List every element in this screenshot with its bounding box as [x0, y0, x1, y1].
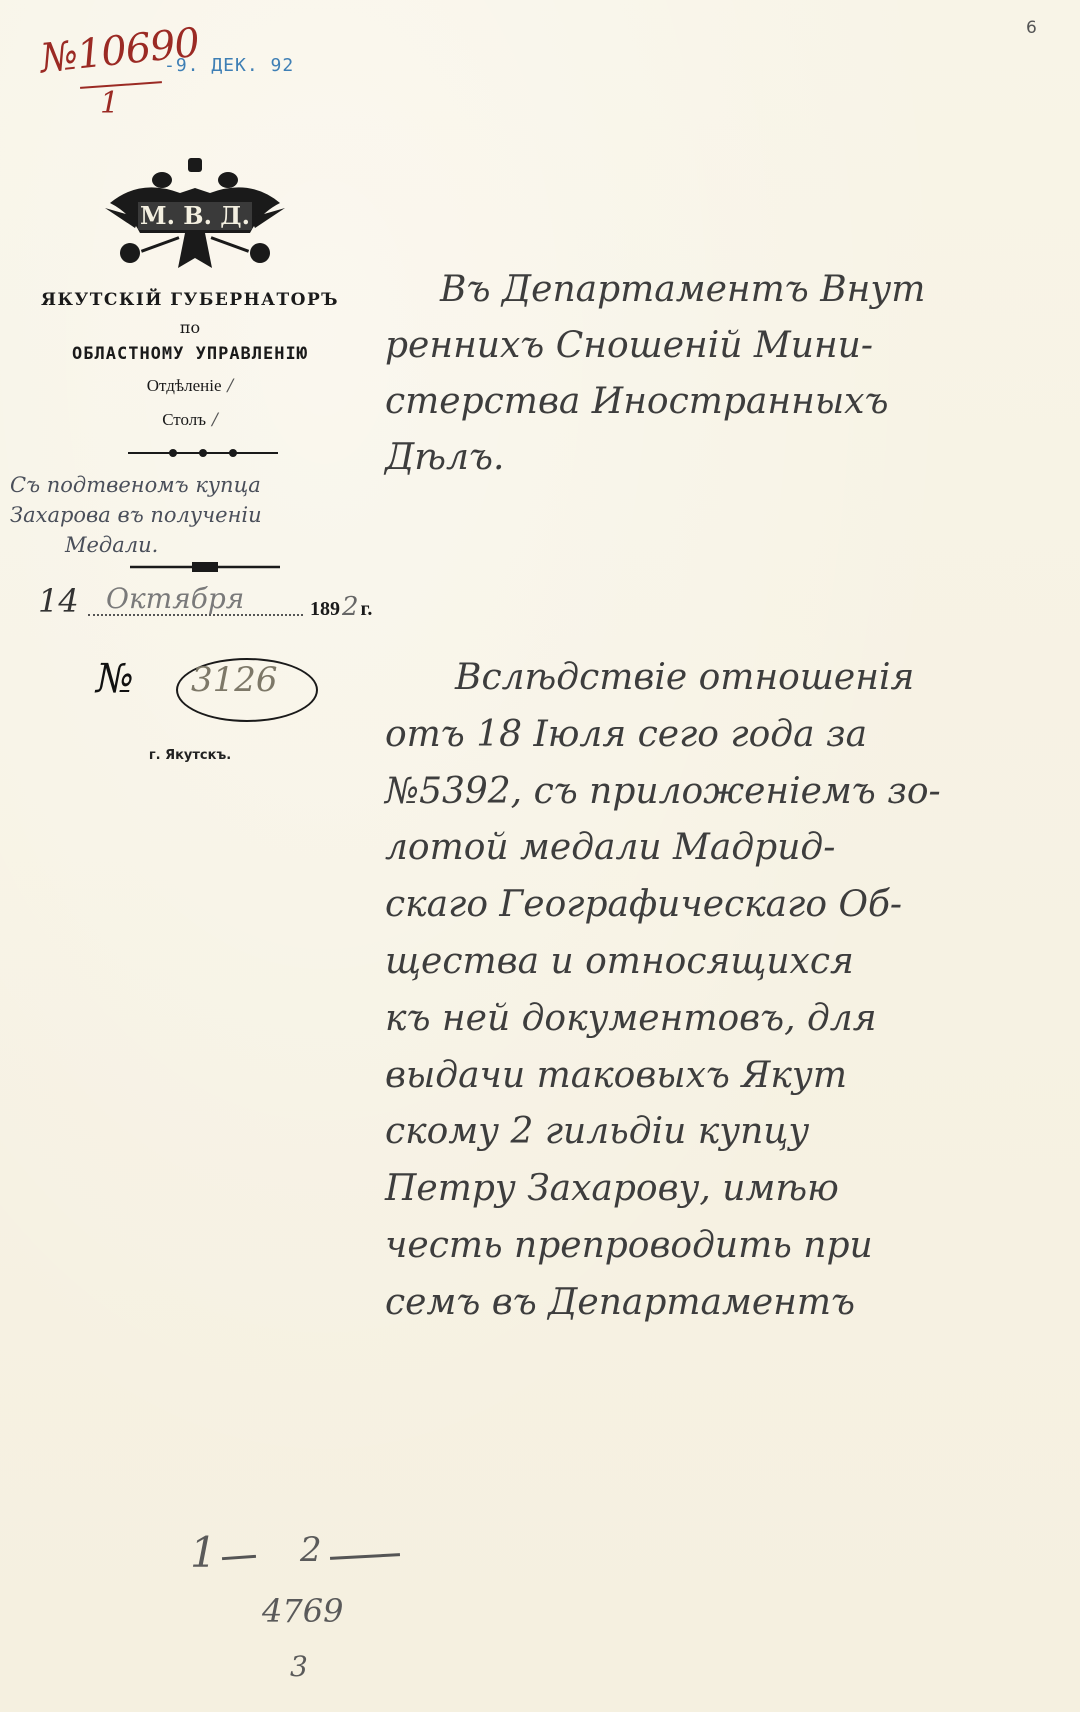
- desk-field: Столъ/: [20, 410, 360, 430]
- year-suffix: г.: [361, 598, 373, 620]
- number-sign: №: [96, 656, 134, 702]
- outgoing-number: № 3126: [96, 650, 316, 730]
- date-day: 14: [38, 582, 79, 620]
- folio-number: 6: [1026, 18, 1037, 38]
- letterhead-title: ЯКУТСКІЙ ГУБЕРНАТОРЪ: [20, 290, 360, 310]
- incoming-registration-sub: 1: [100, 86, 119, 121]
- body-line: отъ 18 Іюля сего года за: [385, 707, 1055, 764]
- date-month: Октября: [106, 582, 244, 615]
- pencil-sheet-number: 3: [290, 1650, 308, 1683]
- body-line: семъ въ Департаментъ: [385, 1275, 1055, 1332]
- document-date: 14 Октября 1892г.: [38, 588, 358, 624]
- ornament-divider-icon: [128, 446, 278, 460]
- letterhead-preposition: по: [20, 318, 360, 337]
- letterhead-office: ОБЛАСТНОМУ УПРАВЛЕНІЮ: [20, 344, 360, 364]
- addressee-line: стерства Иностранныхъ: [385, 374, 1055, 430]
- body-line: скаго Географическаго Об-: [385, 877, 1055, 934]
- ornament-divider-icon: [130, 560, 280, 574]
- department-value: /: [228, 376, 234, 396]
- svg-text:М. В. Д.: М. В. Д.: [140, 201, 250, 230]
- date-dotted-line: [88, 614, 303, 616]
- city: г. Якутскъ.: [20, 748, 360, 763]
- pencil-range-start: 1: [190, 1528, 217, 1577]
- body-line: щества и относящихся: [385, 934, 1055, 991]
- date-year: 1892г.: [310, 592, 372, 622]
- body-line: честь препроводить при: [385, 1218, 1055, 1275]
- addressee-line: реннихъ Сношеній Мини-: [385, 318, 1055, 374]
- desk-value: /: [212, 410, 218, 430]
- subject-line: Съ подтвеномъ купца: [10, 470, 340, 500]
- body-line: Петру Захарову, имѣю: [385, 1161, 1055, 1218]
- body-line: къ ней документовъ, для: [385, 991, 1055, 1048]
- subject-line: Медали.: [10, 530, 340, 560]
- subject-annotation: Съ подтвеномъ купца Захарова въ получені…: [10, 470, 340, 560]
- department-field: Отдѣленіе/: [20, 376, 360, 396]
- desk-label: Столъ: [162, 410, 206, 429]
- body-line: лотой медали Мадрид-: [385, 820, 1055, 877]
- body-line: скому 2 гильдіи купцу: [385, 1104, 1055, 1161]
- body-line: Вслѣдствіе отношенія: [385, 650, 1055, 707]
- imperial-eagle-emblem-icon: М. В. Д.: [100, 158, 290, 278]
- received-date-stamp: -9. ДЕК. 92: [164, 55, 294, 76]
- number-value: 3126: [191, 660, 278, 700]
- year-prefix: 189: [310, 598, 340, 620]
- pencil-range-end: 2: [300, 1530, 322, 1570]
- subject-line: Захарова въ полученіи: [10, 500, 340, 530]
- body-line: выдачи таковыхъ Якут: [385, 1048, 1055, 1105]
- addressee-line: Въ Департаментъ Внут: [385, 262, 1055, 318]
- letter-body: Вслѣдствіе отношенія отъ 18 Іюля сего го…: [385, 650, 1055, 1332]
- addressee-block: Въ Департаментъ Внут реннихъ Сношеній Ми…: [385, 262, 1055, 486]
- pencil-archive-number: 4769: [262, 1592, 343, 1630]
- year-digit: 2: [342, 592, 359, 622]
- department-label: Отдѣленіе: [147, 376, 222, 395]
- body-line: №5392, съ приложеніемъ зо-: [385, 764, 1055, 821]
- addressee-line: Дѣлъ.: [385, 430, 1055, 486]
